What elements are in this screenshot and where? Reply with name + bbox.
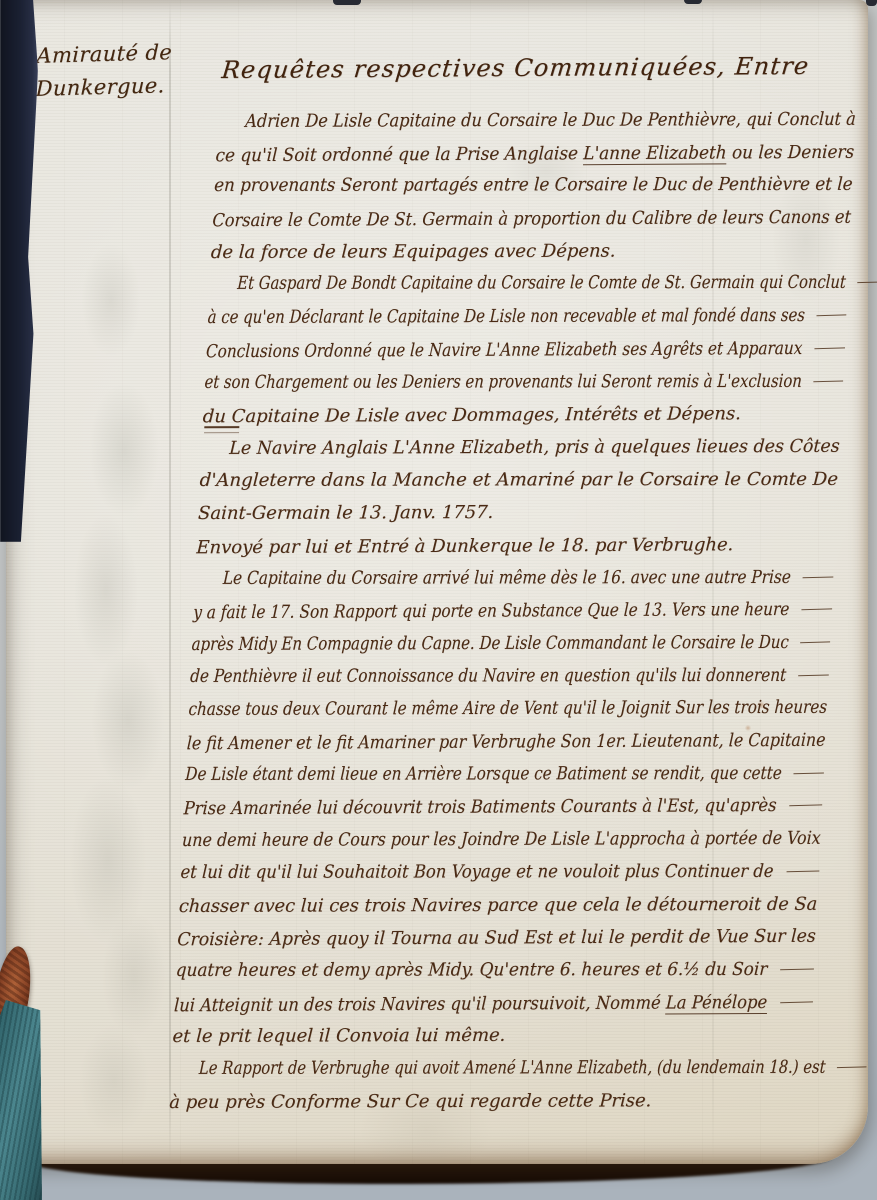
margin-note-line: Amirauté de <box>36 36 172 73</box>
underlined-ship-name: L'anne Elizabeth <box>583 142 727 165</box>
ink-filler-dash <box>794 772 824 774</box>
text-line: de Penthièvre il eut Connoissance du Nav… <box>189 659 835 693</box>
ink-filler-dash <box>857 282 877 284</box>
text-line: Conclusions Ordonné que le Navire L'Anne… <box>205 332 851 368</box>
ink-filler-dash <box>780 968 814 970</box>
text-line: et lui dit qu'il lui Souhaitoit Bon Voya… <box>180 856 826 890</box>
margin-note-line: Dunkergue. <box>35 69 171 106</box>
text-line: Corsaire le Comte De St. Germain à propo… <box>212 202 858 238</box>
ink-filler-dash <box>813 380 843 382</box>
text-line: à peu près Conforme Sur Ce qui regarde c… <box>168 1084 814 1119</box>
text-line: à ce qu'en Déclarant le Capitaine De Lis… <box>207 300 853 335</box>
scanned-manuscript: Amirauté de Dunkergue. Requêtes respecti… <box>0 0 877 1200</box>
text-line: Le Capitaine du Corsaire arrivé lui même… <box>194 561 840 595</box>
text-line: du Capitaine De Lisle avec Dommages, Int… <box>202 398 848 434</box>
text-line: quatre heures et demy après Midy. Qu'ent… <box>175 954 821 988</box>
ink-filler-dash <box>789 805 822 807</box>
text-line: le fit Amener et le fit Amariner par Ver… <box>186 725 832 761</box>
ink-filler-dash <box>786 870 819 872</box>
text-line: Croisière: Après quoy il Tourna au Sud E… <box>176 921 822 957</box>
binding-peek-mark <box>866 0 877 6</box>
ink-filler-dash <box>801 609 832 611</box>
text-line: et son Chargement ou les Deniers en prov… <box>204 365 850 399</box>
text-line: une demi heure de Cours pour les Joindre… <box>181 823 827 858</box>
text-line: Envoyé par lui et Entré à Dunkerque le 1… <box>196 529 842 565</box>
text-line: en provenants Seront partagés entre le C… <box>213 169 859 203</box>
fold-crease-left <box>169 0 171 1164</box>
text-line: après Midy En Compagnie du Capne. De Lis… <box>191 627 837 662</box>
binding-peek-mark <box>684 0 702 4</box>
text-line: d'Angleterre dans la Manche et Amariné p… <box>199 463 845 497</box>
ink-filler-dash <box>800 641 830 643</box>
underlined-ship-name: La Pénélope <box>665 992 767 1015</box>
ink-filler-dash <box>814 347 845 349</box>
text-line: y a fait le 17. Son Rapport qui porte en… <box>192 594 838 630</box>
text-line: ce qu'il Soit ordonné que la Prise Angla… <box>215 136 861 172</box>
text-line: de la force de leurs Equipages avec Dépe… <box>210 235 856 270</box>
document-title: Requêtes respectives Communiquées, Entre <box>220 52 810 84</box>
ink-filler-dash <box>780 1001 813 1003</box>
text-line: Le Navire Anglais L'Anne Elizabeth, pris… <box>200 431 846 466</box>
text-line: chasse tous deux Courant le même Aire de… <box>188 692 834 727</box>
manuscript-page: Amirauté de Dunkergue. Requêtes respecti… <box>6 0 868 1164</box>
text-line: Saint-Germain le 13. Janv. 1757. <box>197 496 843 531</box>
binding-ribbon <box>0 1000 42 1200</box>
ink-filler-dash <box>803 576 834 578</box>
binding-peek-mark <box>333 0 361 5</box>
text-line: chasser avec lui ces trois Navires parce… <box>178 888 824 923</box>
margin-note: Amirauté de Dunkergue. <box>35 36 172 106</box>
text-line: De Lisle étant demi lieue en Arrière Lor… <box>184 758 830 792</box>
text-line: Le Rapport de Verbrughe qui avoit Amené … <box>170 1052 816 1086</box>
ink-filler-dash <box>817 315 847 317</box>
text-line: Et Gaspard De Bondt Capitaine du Corsair… <box>208 267 854 301</box>
document-body: Adrien De Lisle Capitaine du Corsaire le… <box>168 104 862 1120</box>
ink-filler-dash <box>837 1066 867 1068</box>
text-line: lui Atteignit un des trois Navires qu'il… <box>173 986 819 1022</box>
text-line: Adrien De Lisle Capitaine du Corsaire le… <box>216 104 862 139</box>
ink-filler-dash <box>798 674 829 676</box>
text-line: Prise Amarinée lui découvrit trois Batim… <box>183 790 829 826</box>
text-line: et le prit lequel il Convoia lui même. <box>172 1019 818 1054</box>
